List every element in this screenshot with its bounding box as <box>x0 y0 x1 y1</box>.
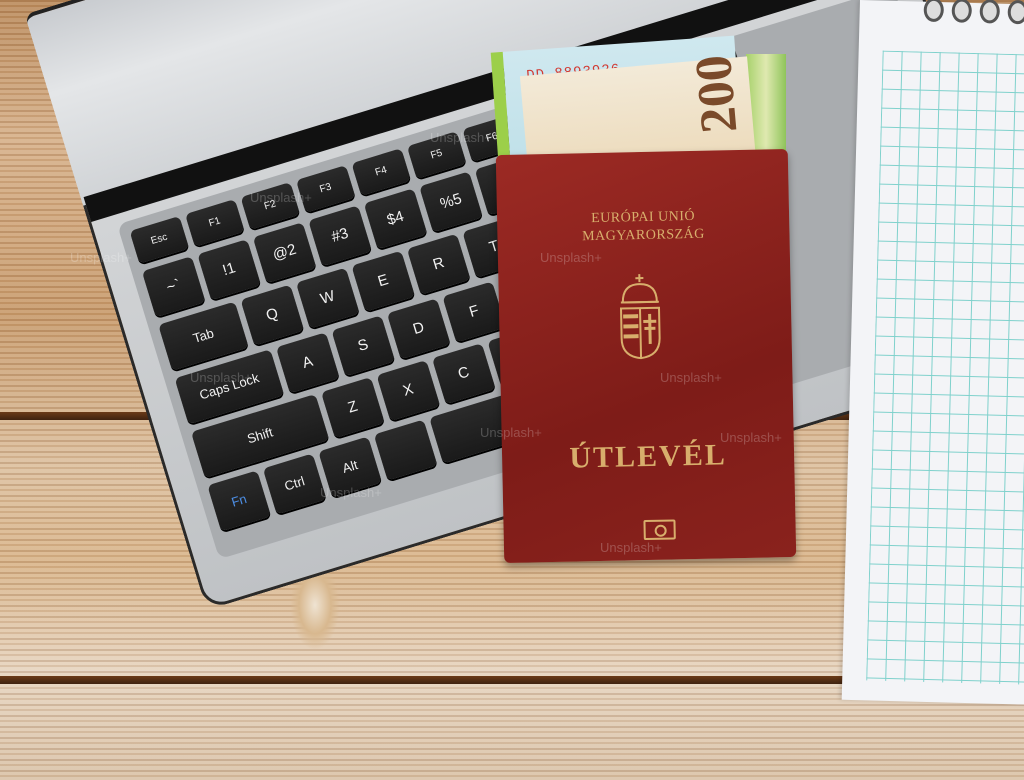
key-x[interactable]: X <box>376 360 440 421</box>
key-w[interactable]: W <box>296 268 360 329</box>
photo-scene: Esc F1 F2 F3 F4 F5 F6 F7 F8 F9 F10 ~` !1… <box>0 0 1024 780</box>
key-4[interactable]: $4 <box>364 188 428 249</box>
spiral-ring-icon <box>923 0 944 22</box>
key-f3[interactable]: F3 <box>296 165 356 213</box>
key-f5[interactable]: F5 <box>407 131 467 179</box>
hungarian-passport: EURÓPAI UNIÓ MAGYARORSZÁG ÚTLEVÉL <box>496 149 796 563</box>
key-blank[interactable] <box>374 419 438 480</box>
spiral-ring-icon <box>951 0 972 23</box>
spiral-ring-icon <box>1007 0 1024 24</box>
key-q[interactable]: Q <box>240 285 304 346</box>
key-a[interactable]: A <box>276 332 340 393</box>
key-e[interactable]: E <box>351 251 415 312</box>
key-z[interactable]: Z <box>321 377 385 438</box>
key-5[interactable]: %5 <box>419 171 483 232</box>
key-backtick[interactable]: ~` <box>142 256 206 317</box>
passport-title: ÚTLEVÉL <box>502 437 795 477</box>
biometric-chip-icon <box>643 519 675 540</box>
hungarian-coat-of-arms-icon <box>616 272 664 363</box>
key-esc[interactable]: Esc <box>130 216 190 264</box>
passport-country-text: MAGYARORSZÁG <box>497 225 789 247</box>
key-alt[interactable]: Alt <box>318 436 382 497</box>
key-fn[interactable]: Fn <box>207 470 271 531</box>
key-f2[interactable]: F2 <box>240 182 300 230</box>
spiral-ring-icon <box>979 0 1000 24</box>
key-3[interactable]: #3 <box>308 205 372 266</box>
key-2[interactable]: @2 <box>253 222 317 283</box>
key-c[interactable]: C <box>432 343 496 404</box>
key-s[interactable]: S <box>331 315 395 376</box>
key-r[interactable]: R <box>407 234 471 295</box>
key-f1[interactable]: F1 <box>185 199 245 247</box>
key-1[interactable]: !1 <box>197 239 261 300</box>
grid-paper <box>866 51 1024 686</box>
spiral-grid-notebook <box>842 0 1024 705</box>
banknote-denomination: 200 <box>684 53 750 136</box>
key-f4[interactable]: F4 <box>351 148 411 196</box>
key-ctrl[interactable]: Ctrl <box>263 453 327 514</box>
key-d[interactable]: D <box>387 298 451 359</box>
